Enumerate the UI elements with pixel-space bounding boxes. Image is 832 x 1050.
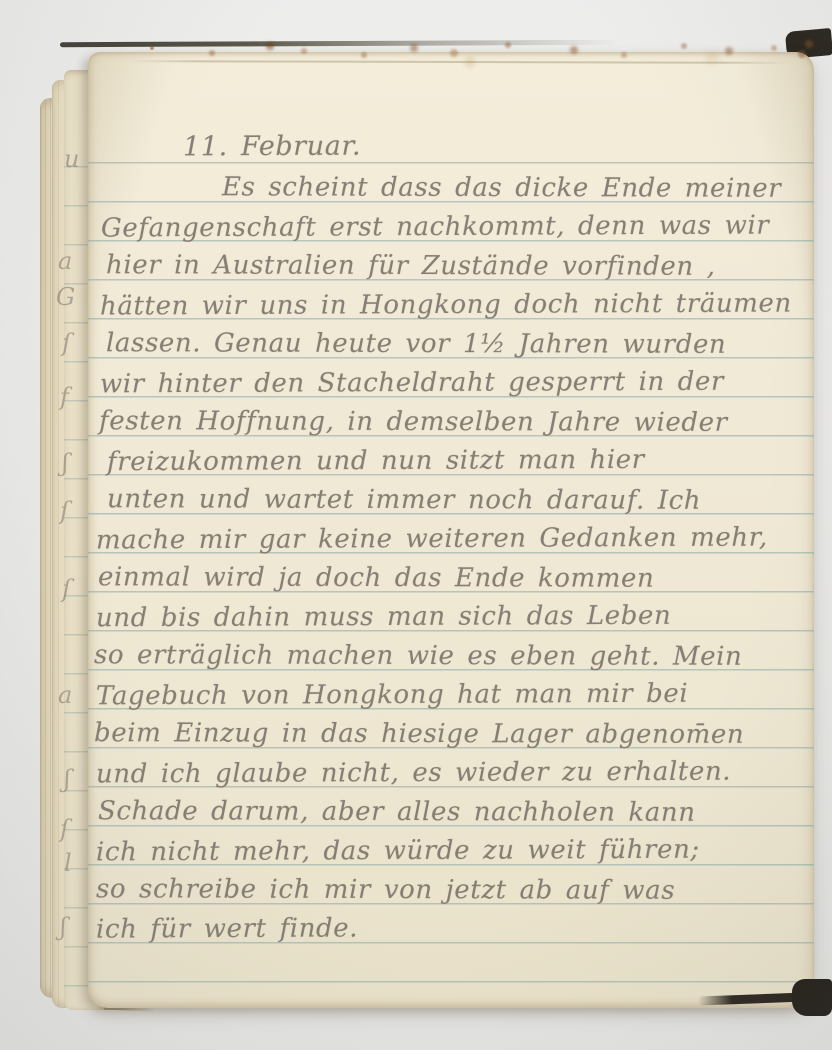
entry-line: unten und wartet immer noch darauf. Ich [107, 480, 701, 520]
entry-date-heading: 11. Februar. [183, 128, 361, 167]
entry-line: festen Hoffnung, in demselben Jahre wied… [99, 402, 728, 442]
entry-line: mache mir gar keine weiteren Gedanken me… [96, 519, 768, 560]
handwriting-fragment: u [64, 146, 79, 172]
handwriting-fragment: ſ [60, 816, 69, 842]
handwriting-fragment: f [60, 384, 69, 410]
diary-page-photo: u a G ſ f ʃ ſ ſ a ʃ ſ l ʃ 11. Februar. E… [0, 0, 832, 1050]
entry-line: Es scheint dass das dicke Ende meiner [222, 168, 781, 207]
handwriting-fragment: G [56, 284, 75, 310]
entry-line: Gefangenschaft erst nachkommt, denn was … [101, 207, 770, 248]
entry-line: ich für wert finde. [96, 909, 358, 948]
entry-line: beim Einzug in das hiesige Lager abgenom… [94, 714, 744, 754]
handwriting-fragment: l [64, 850, 72, 876]
rear-pages-top-edge [60, 40, 620, 47]
handwriting-fragment: ʃ [62, 450, 69, 476]
handwriting-fragment: a [58, 248, 72, 274]
entry-line: Tagebuch von Hongkong hat man mir bei [96, 675, 688, 716]
entry-line: so schreibe ich mir von jetzt ab auf was [96, 870, 675, 910]
entry-line: wir hinter den Stacheldraht gesperrt in … [100, 363, 724, 404]
handwriting-fragment: a [58, 682, 72, 708]
entry-line: ich nicht mehr, das würde zu weit führen… [96, 831, 700, 872]
entry-line: und bis dahin muss man sich das Leben [96, 597, 671, 638]
entry-line: Schade darum, aber alles nachholen kann [98, 792, 696, 832]
entry-line: lassen. Genau heute vor 1½ Jahren wurden [106, 324, 726, 364]
entry-line: hier in Australien für Zustände vorfinde… [106, 246, 716, 286]
entry-line: so erträglich machen wie es eben geht. M… [94, 636, 743, 676]
entry-line: freizukommen und nun sitzt man hier [107, 441, 645, 481]
handwriting-fragment: ſ [60, 498, 69, 524]
entry-line: und ich glaube nicht, es wieder zu erhal… [96, 753, 731, 794]
handwriting-fragment: ʃ [64, 766, 71, 792]
diary-entry: 11. Februar. Es scheint dass das dicke E… [88, 52, 814, 1008]
entry-line: hätten wir uns in Hongkong doch nicht tr… [100, 284, 792, 325]
entry-line: einmal wird ja doch das Ende kommen [98, 558, 655, 597]
handwriting-fragment: ʃ [60, 914, 67, 940]
binding-corner-bottom-right [792, 979, 832, 1016]
handwriting-fragment: ſ [62, 576, 71, 602]
foxing-stains [150, 46, 154, 50]
handwriting-fragment: ſ [62, 330, 71, 356]
